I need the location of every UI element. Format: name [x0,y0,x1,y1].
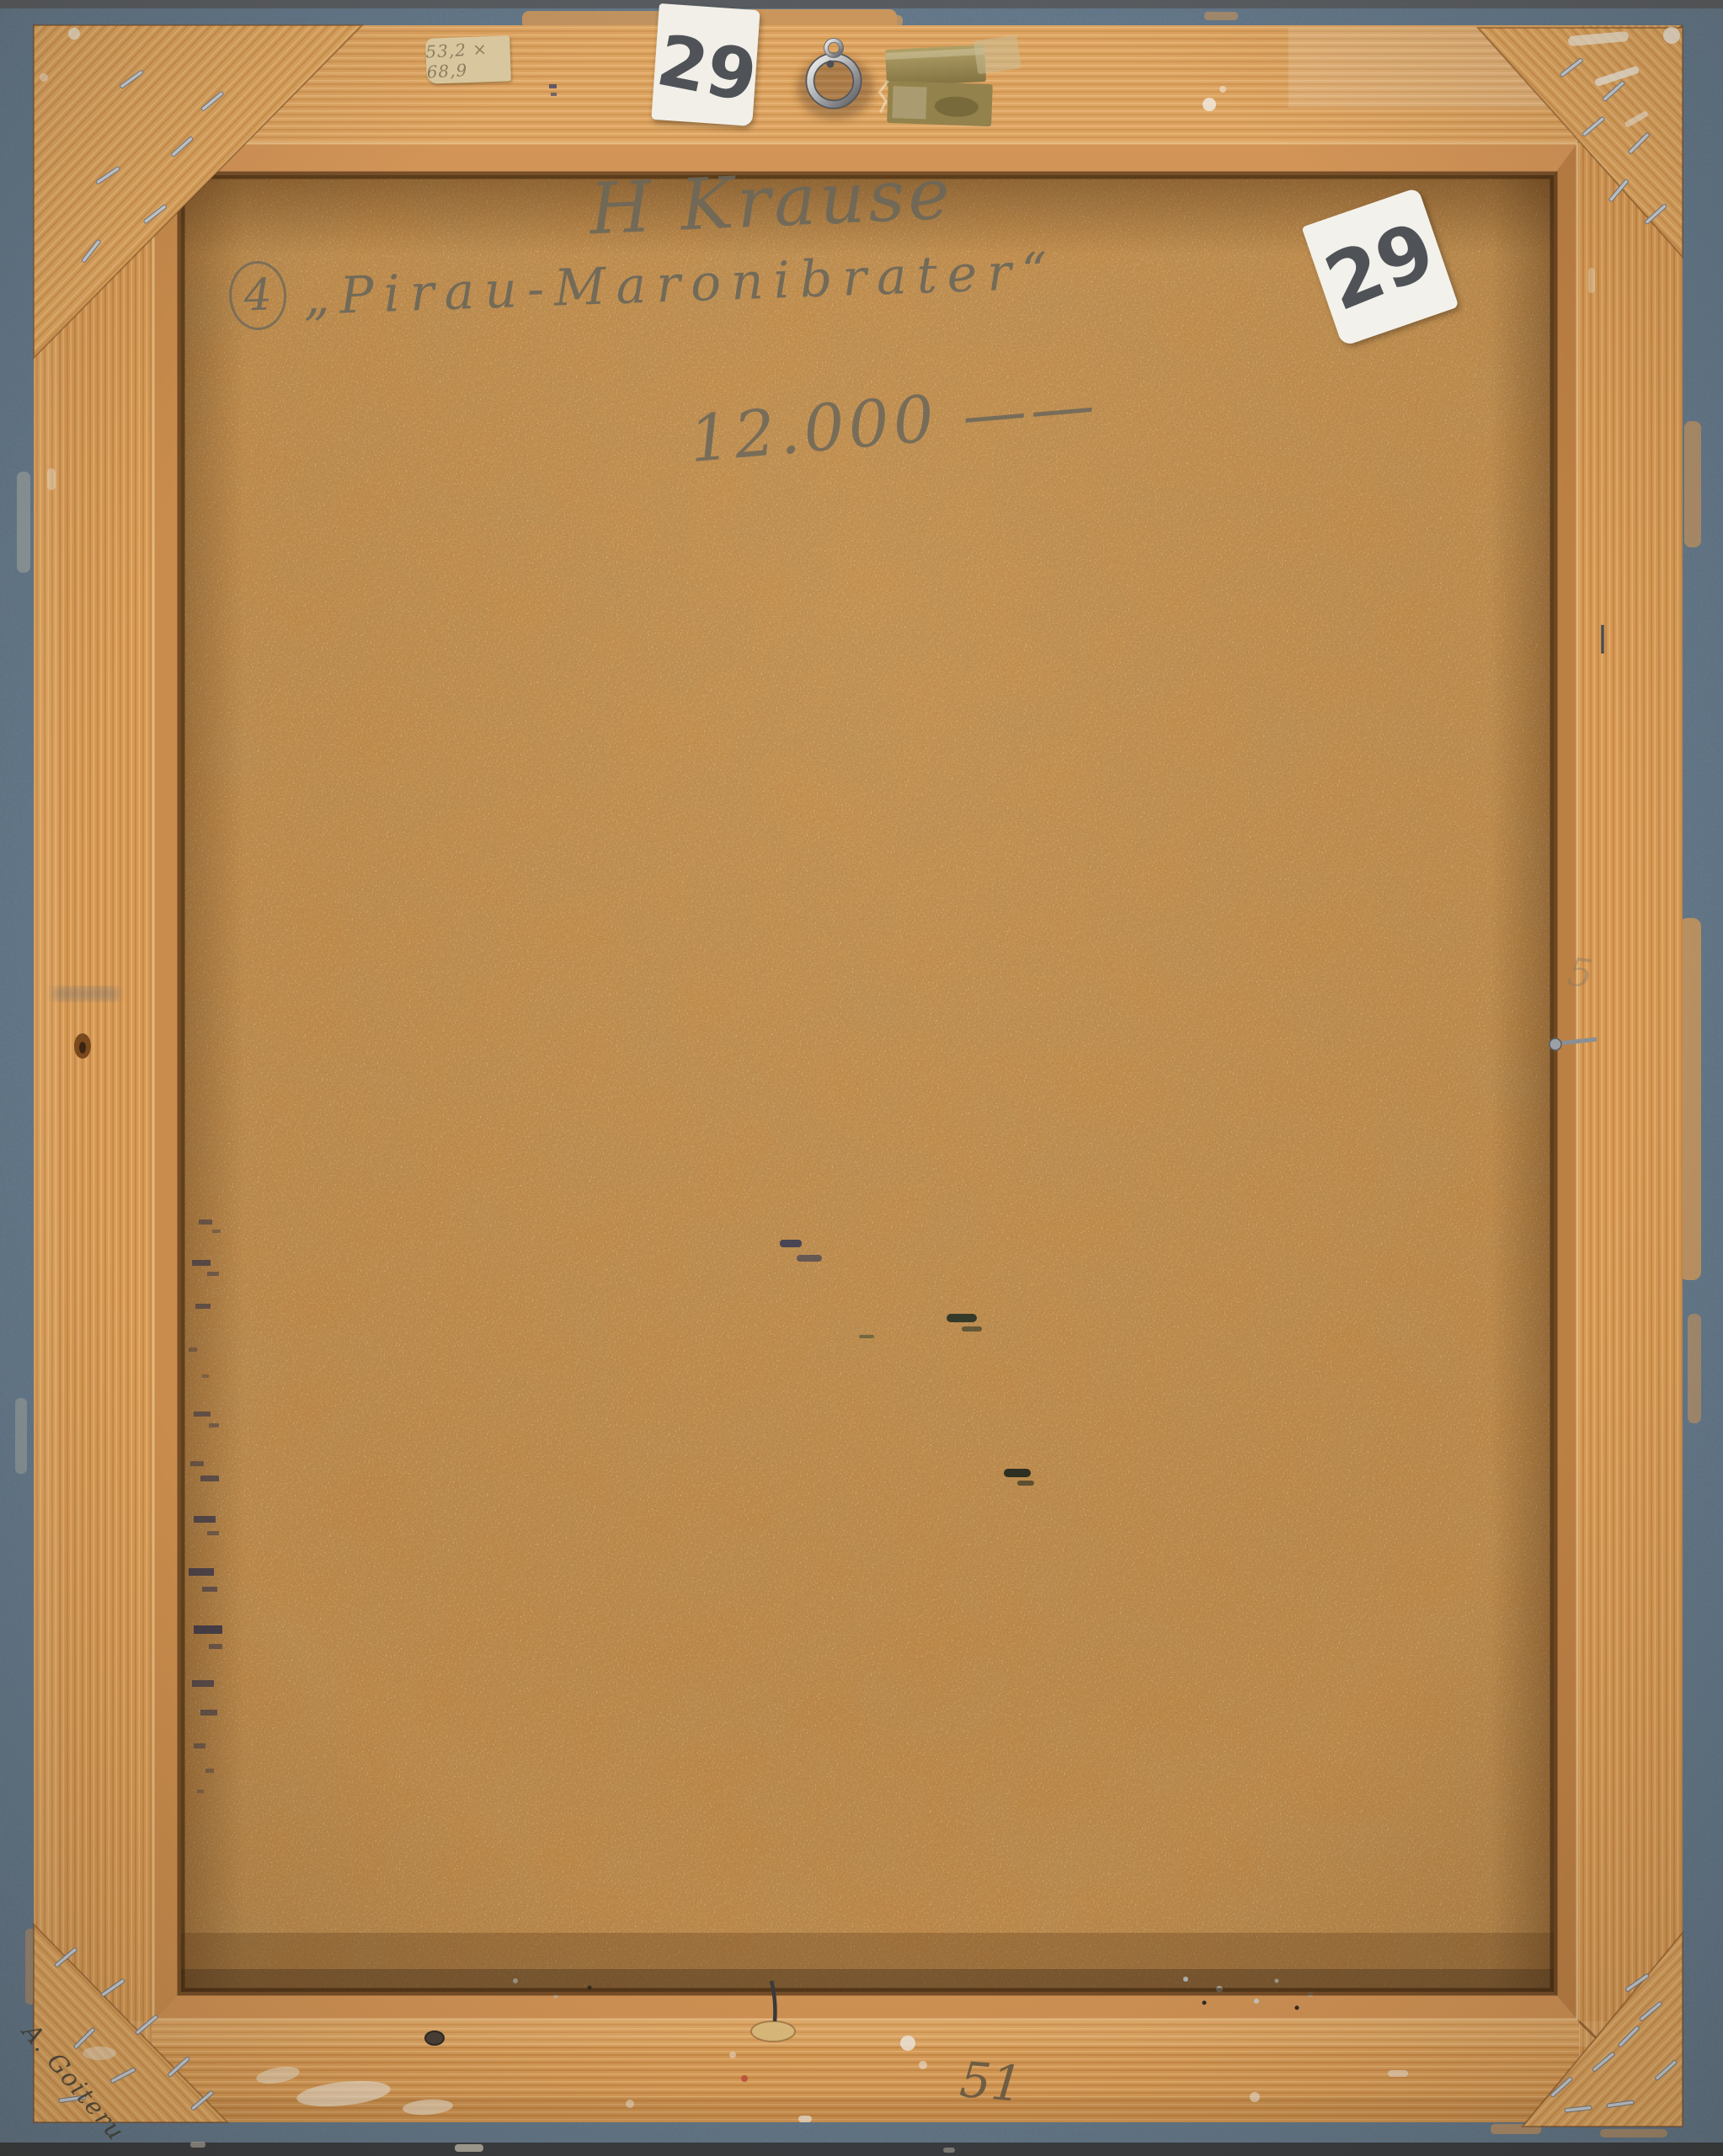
dimensions-label: 53,2 × 68,9 [425,35,511,83]
artist-signature-inscription: H Krause [588,152,955,251]
lot-number-label-top: 29 [651,3,760,126]
lot-number-side-text: 29 [1315,211,1444,323]
circled-catalog-number: 4 [228,260,288,331]
lot-number-top-text: 29 [652,24,762,113]
photo-of-framed-artwork-back: H Krause 4 „Pirau-Maronibrater“ 12.000 —… [0,0,1723,2156]
dimensions-text: 53,2 × 68,9 [425,37,511,82]
stock-number-inscription: 51 [958,2051,1024,2113]
